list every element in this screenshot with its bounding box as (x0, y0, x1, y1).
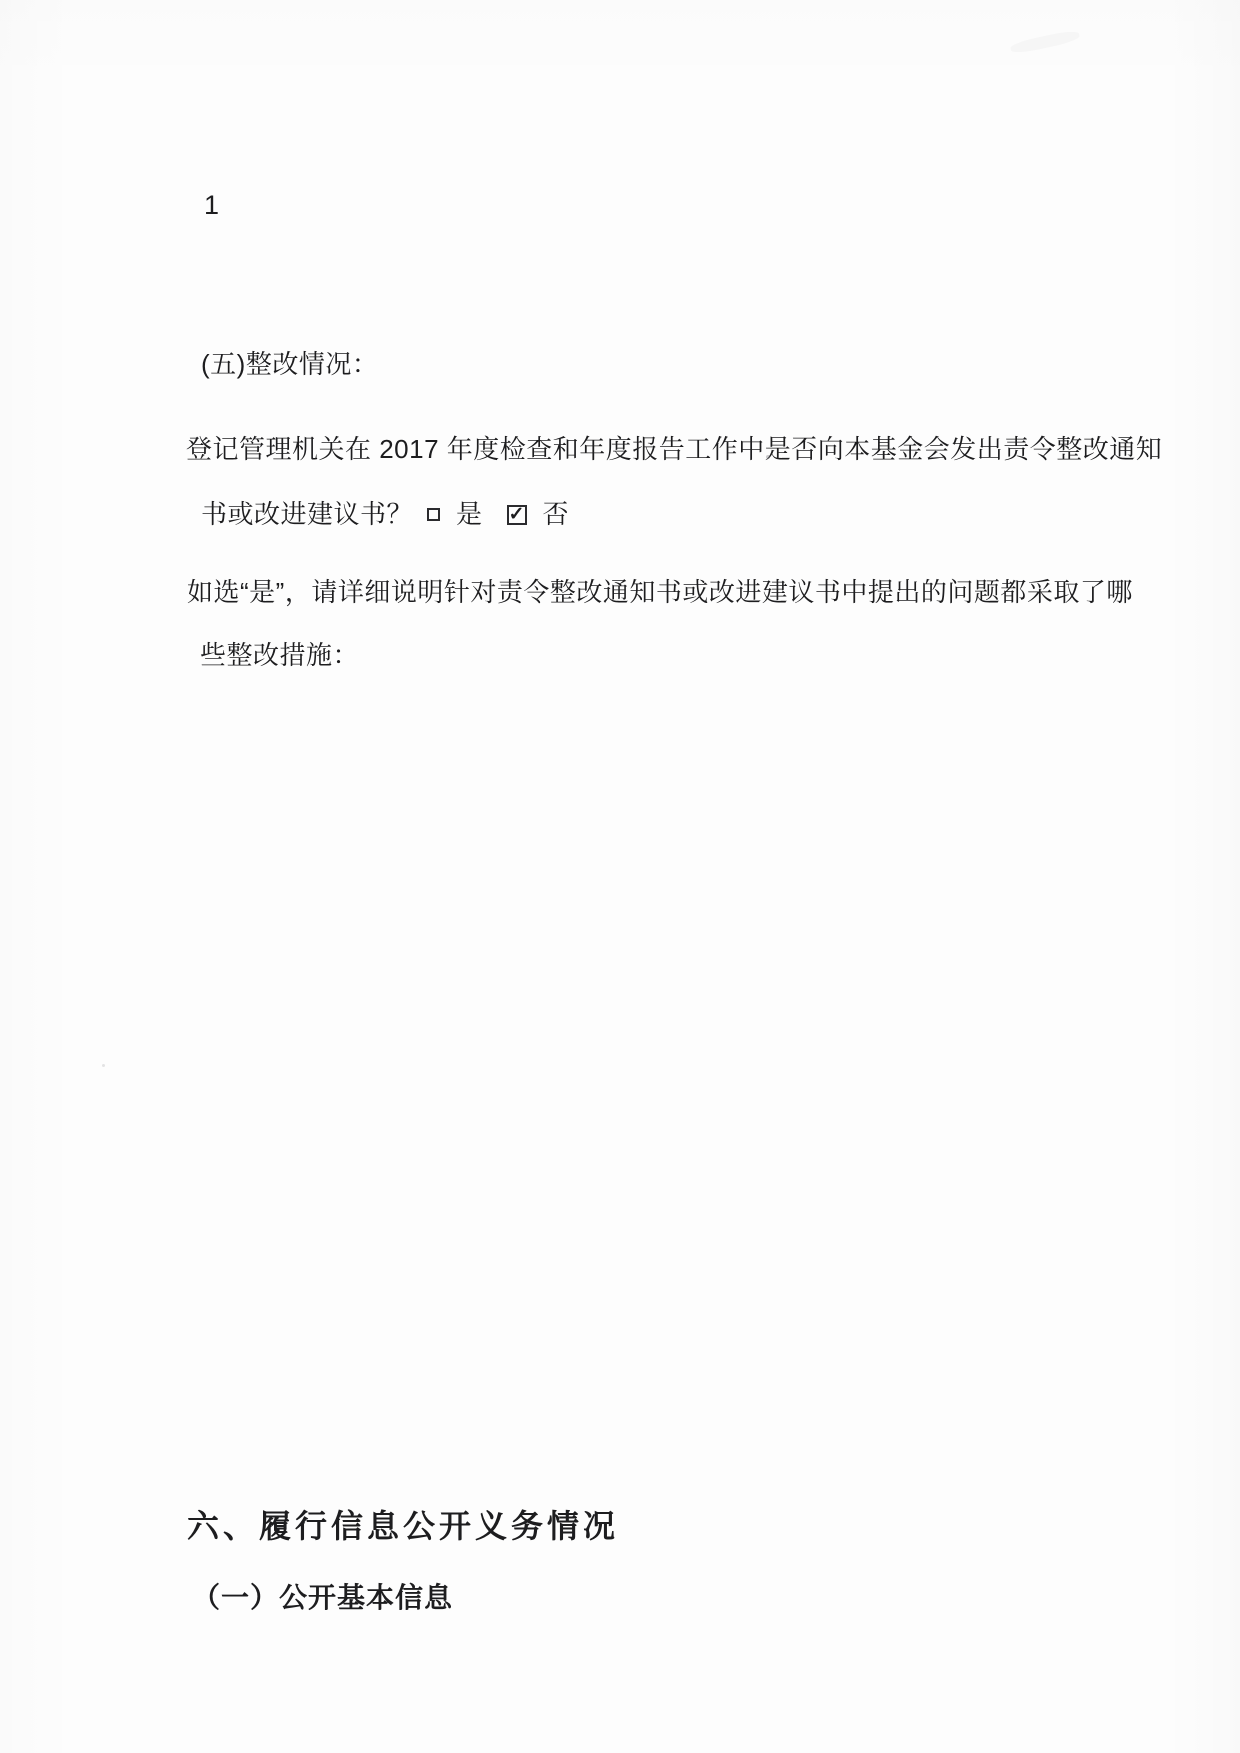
section-disclosure-heading: 六、履行信息公开义务情况 (187, 1501, 619, 1547)
checkbox-yes-unchecked-icon (427, 508, 440, 521)
section-rectification-heading: (五)整改情况： (201, 350, 378, 380)
scan-speck (766, 455, 770, 459)
section-disclosure-subheading: （一）公开基本信息 (192, 1576, 453, 1616)
option-no-label: 否 (543, 500, 570, 530)
checkbox-no-checked-icon: ✓ (507, 505, 527, 525)
followup-line-1: 如选“是”，请详细说明针对责令整改通知书或改进建议书中提出的问题都采取了哪 (187, 578, 1133, 608)
page-number: 1 (204, 190, 219, 221)
question-line-1: 登记管理机关在 2017 年度检查和年度报告工作中是否向本基金会发出责令整改通知 (186, 435, 1162, 465)
question-line-2-text: 书或改进建议书？ (201, 500, 413, 530)
check-icon: ✓ (509, 507, 525, 523)
option-yes-label: 是 (456, 500, 483, 530)
scan-speck (380, 592, 383, 595)
followup-line-2: 些整改措施： (200, 641, 359, 671)
scan-speck (102, 1064, 105, 1067)
scan-smudge (1010, 29, 1081, 55)
scanned-document-page: 1 (五)整改情况： 登记管理机关在 2017 年度检查和年度报告工作中是否向本… (0, 0, 1240, 1753)
question-line-2: 书或改进建议书？ 是 ✓ 否 (201, 500, 569, 530)
